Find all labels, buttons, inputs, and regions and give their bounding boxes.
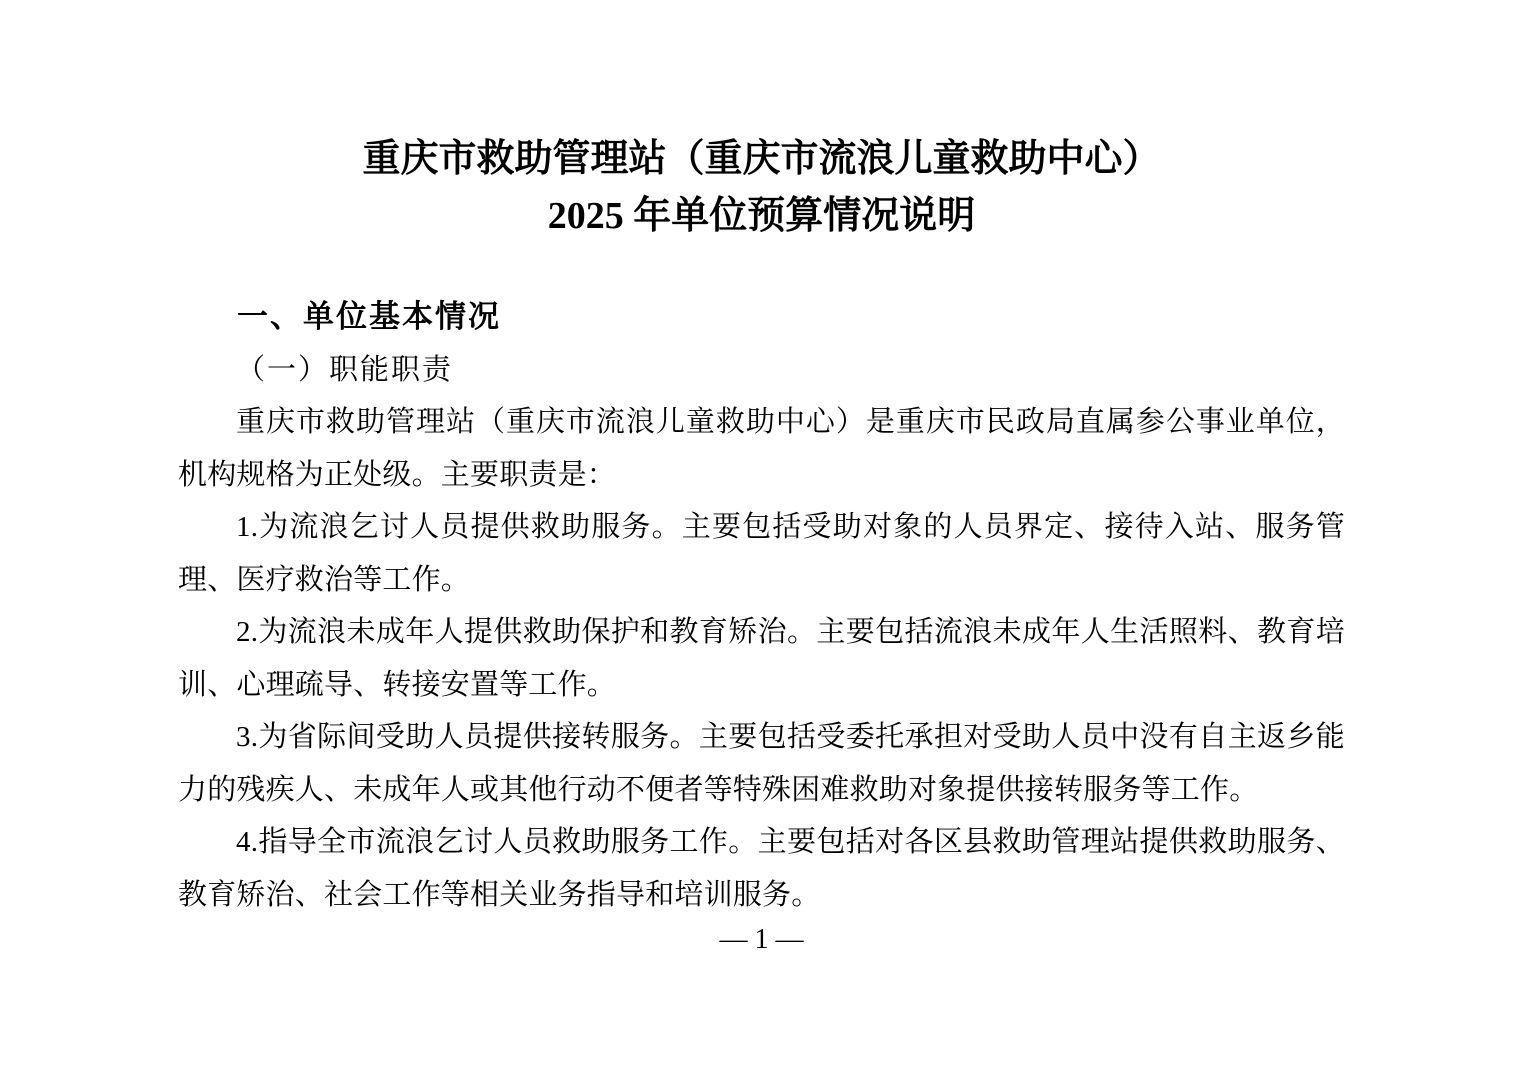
paragraph-duty-2: 2.为流浪未成年人提供救助保护和教育矫治。主要包括流浪未成年人生活照料、教育培训… bbox=[178, 606, 1345, 711]
paragraph-intro: 重庆市救助管理站（重庆市流浪儿童救助中心）是重庆市民政局直属参公事业单位，机构规… bbox=[178, 396, 1345, 501]
paragraph-duty-3: 3.为省际间受助人员提供接转服务。主要包括受委托承担对受助人员中没有自主返乡能力… bbox=[178, 711, 1345, 816]
paragraph-duty-4: 4.指导全市流浪乞讨人员救助服务工作。主要包括对各区县救助管理站提供救助服务、教… bbox=[178, 816, 1345, 921]
document-title-line2: 2025 年单位预算情况说明 bbox=[178, 188, 1345, 245]
page-content: 重庆市救助管理站（重庆市流浪儿童救助中心） 2025 年单位预算情况说明 一、单… bbox=[178, 0, 1345, 959]
section-heading-basic-info: 一、单位基本情况 bbox=[178, 291, 1345, 344]
paragraph-duty-1: 1.为流浪乞讨人员提供救助服务。主要包括受助对象的人员界定、接待入站、服务管理、… bbox=[178, 501, 1345, 606]
page-number: — 1 — bbox=[178, 921, 1345, 959]
subsection-heading-duties: （一）职能职责 bbox=[178, 344, 1345, 397]
document-title-line1: 重庆市救助管理站（重庆市流浪儿童救助中心） bbox=[178, 131, 1345, 188]
document-title: 重庆市救助管理站（重庆市流浪儿童救助中心） 2025 年单位预算情况说明 bbox=[178, 131, 1345, 245]
document-page: 重庆市救助管理站（重庆市流浪儿童救助中心） 2025 年单位预算情况说明 一、单… bbox=[0, 0, 1520, 1074]
